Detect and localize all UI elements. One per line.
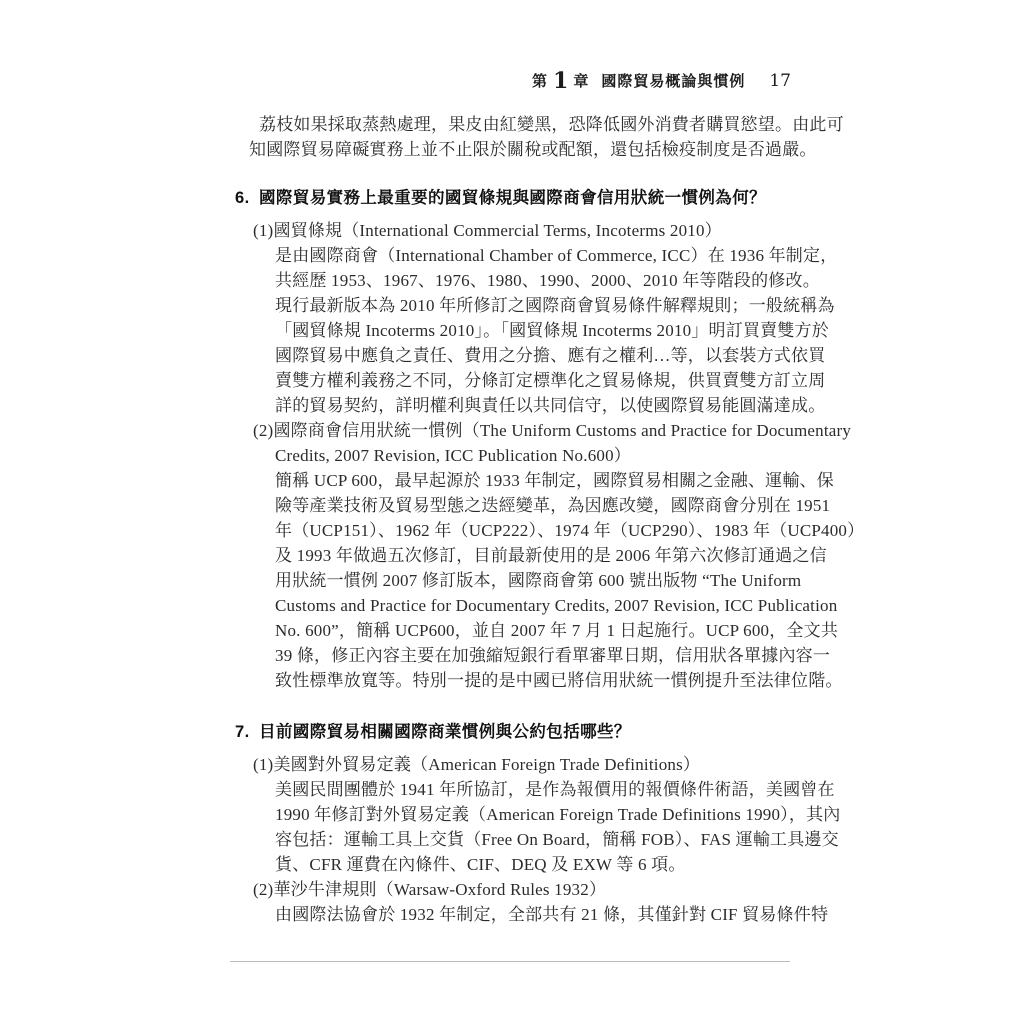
question-number: 6. xyxy=(235,186,259,211)
item-heading-line: Credits, 2007 Revision, ICC Publication … xyxy=(253,443,805,468)
item-body-line: 「國貿條規 Incoterms 2010」。「國貿條規 Incoterms 20… xyxy=(253,318,805,343)
item-heading-line: (1)美國對外貿易定義（American Foreign Trade Defin… xyxy=(253,752,805,777)
question-number: 7. xyxy=(235,720,259,745)
item-body-line: 年（UCP151）、1962 年（UCP222）、1974 年（UCP290）、… xyxy=(253,518,805,543)
item-body-line: 詳的貿易契約，詳明權利與責任以共同信守，以使國際貿易能圓滿達成。 xyxy=(253,393,805,418)
item-heading-line: (2)國際商會信用狀統一慣例（The Uniform Customs and P… xyxy=(253,418,805,443)
item-heading-line: (2)華沙牛津規則（Warsaw-Oxford Rules 1932） xyxy=(253,877,805,902)
item-body-line: 用狀統一慣例 2007 修訂版本，國際商會第 600 號出版物 “The Uni… xyxy=(253,568,805,593)
item-body-line: No. 600”，簡稱 UCP600，並自 2007 年 7 月 1 日起施行。… xyxy=(253,618,805,643)
item-heading-text: 美國對外貿易定義（American Foreign Trade Definiti… xyxy=(273,755,700,774)
running-header: 第1章國際貿易概論與慣例17 xyxy=(235,68,791,94)
page-body: 荔枝如果採取蒸熱處理，果皮由紅變黑，恐降低國外消費者購買慾望。由此可知國際貿易障… xyxy=(235,112,805,927)
question-title: 6.國際貿易實務上最重要的國貿條規與國際商會信用狀統一慣例為何？ xyxy=(235,186,805,211)
intro-text-line: 知國際貿易障礙實務上並不止限於關稅或配額，還包括檢疫制度是否過嚴。 xyxy=(249,137,805,162)
chapter-prefix-label: 第 xyxy=(532,73,548,90)
question-block: 7.目前國際貿易相關國際商業慣例與公約包括哪些？(1)美國對外貿易定義（Amer… xyxy=(235,720,805,927)
intro-text-line: 荔枝如果採取蒸熱處理，果皮由紅變黑，恐降低國外消費者購買慾望。由此可 xyxy=(249,112,805,137)
item-body-line: 容包括：運輸工具上交貨（Free On Board，簡稱 FOB）、FAS 運輸… xyxy=(253,827,805,852)
question-title: 7.目前國際貿易相關國際商業慣例與公約包括哪些？ xyxy=(235,720,805,745)
item-heading-text: 國貿條規（International Commercial Terms, Inc… xyxy=(273,221,721,240)
item-heading-text: 華沙牛津規則（Warsaw-Oxford Rules 1932） xyxy=(273,880,606,899)
item-body-line: 險等產業技術及貿易型態之迭經變革，為因應改變，國際商會分別在 1951 xyxy=(253,493,805,518)
book-page: 第1章國際貿易概論與慣例17 荔枝如果採取蒸熱處理，果皮由紅變黑，恐降低國外消費… xyxy=(0,0,1024,1024)
page-number: 17 xyxy=(769,71,791,91)
item-body-line: 致性標準放寬等。特別一提的是中國已將信用狀統一慣例提升至法律位階。 xyxy=(253,668,805,693)
footer-divider xyxy=(230,961,790,962)
questions-container: 6.國際貿易實務上最重要的國貿條規與國際商會信用狀統一慣例為何？(1)國貿條規（… xyxy=(235,186,805,927)
intro-paragraph: 荔枝如果採取蒸熱處理，果皮由紅變黑，恐降低國外消費者購買慾望。由此可知國際貿易障… xyxy=(249,112,805,162)
item-body-line: 是由國際商會（International Chamber of Commerce… xyxy=(253,243,805,268)
chapter-title: 國際貿易概論與慣例 xyxy=(601,73,745,90)
item-body-line: 賣雙方權利義務之不同，分條訂定標準化之貿易條規，供買賣雙方訂立周 xyxy=(253,368,805,393)
question-title-text: 國際貿易實務上最重要的國貿條規與國際商會信用狀統一慣例為何？ xyxy=(259,186,766,211)
item-body-line: 39 條，修正內容主要在加強縮短銀行看單審單日期，信用狀各單據內容一 xyxy=(253,643,805,668)
item-label: (1) xyxy=(253,221,273,240)
item-body-line: 1990 年修訂對外貿易定義（American Foreign Trade De… xyxy=(253,802,805,827)
item-heading-line: (1)國貿條規（International Commercial Terms, … xyxy=(253,218,805,243)
item-body-line: 貨、CFR 運費在內條件、CIF、DEQ 及 EXW 等 6 項。 xyxy=(253,852,805,877)
item-body-line: Customs and Practice for Documentary Cre… xyxy=(253,593,805,618)
answer-item: (2)華沙牛津規則（Warsaw-Oxford Rules 1932）由國際法協… xyxy=(253,877,805,927)
item-body-line: 簡稱 UCP 600，最早起源於 1933 年制定，國際貿易相關之金融、運輸、保 xyxy=(253,468,805,493)
question-block: 6.國際貿易實務上最重要的國貿條規與國際商會信用狀統一慣例為何？(1)國貿條規（… xyxy=(235,186,805,693)
answer-items: (1)國貿條規（International Commercial Terms, … xyxy=(253,218,805,693)
chapter-number: 1 xyxy=(553,68,568,94)
item-label: (2) xyxy=(253,421,273,440)
item-label: (1) xyxy=(253,755,273,774)
answer-item: (1)國貿條規（International Commercial Terms, … xyxy=(253,218,805,418)
answer-item: (2)國際商會信用狀統一慣例（The Uniform Customs and P… xyxy=(253,418,805,693)
item-body-line: 現行最新版本為 2010 年所修訂之國際商會貿易條件解釋規則；一般統稱為 xyxy=(253,293,805,318)
answer-items: (1)美國對外貿易定義（American Foreign Trade Defin… xyxy=(253,752,805,927)
item-body-line: 國際貿易中應負之責任、費用之分擔、應有之權利…等，以套裝方式依買 xyxy=(253,343,805,368)
item-heading-text: 國際商會信用狀統一慣例（The Uniform Customs and Prac… xyxy=(273,421,851,440)
item-body-line: 由國際法協會於 1932 年制定，全部共有 21 條，其僅針對 CIF 貿易條件… xyxy=(253,902,805,927)
question-title-text: 目前國際貿易相關國際商業慣例與公約包括哪些？ xyxy=(259,720,631,745)
item-body-line: 共經歷 1953、1967、1976、1980、1990、2000、2010 年… xyxy=(253,268,805,293)
item-label: (2) xyxy=(253,880,273,899)
answer-item: (1)美國對外貿易定義（American Foreign Trade Defin… xyxy=(253,752,805,877)
chapter-suffix-label: 章 xyxy=(573,73,589,90)
item-body-line: 及 1993 年做過五次修訂，目前最新使用的是 2006 年第六次修訂通過之信 xyxy=(253,543,805,568)
item-body-line: 美國民間團體於 1941 年所協訂，是作為報價用的報價條件術語，美國曾在 xyxy=(253,777,805,802)
